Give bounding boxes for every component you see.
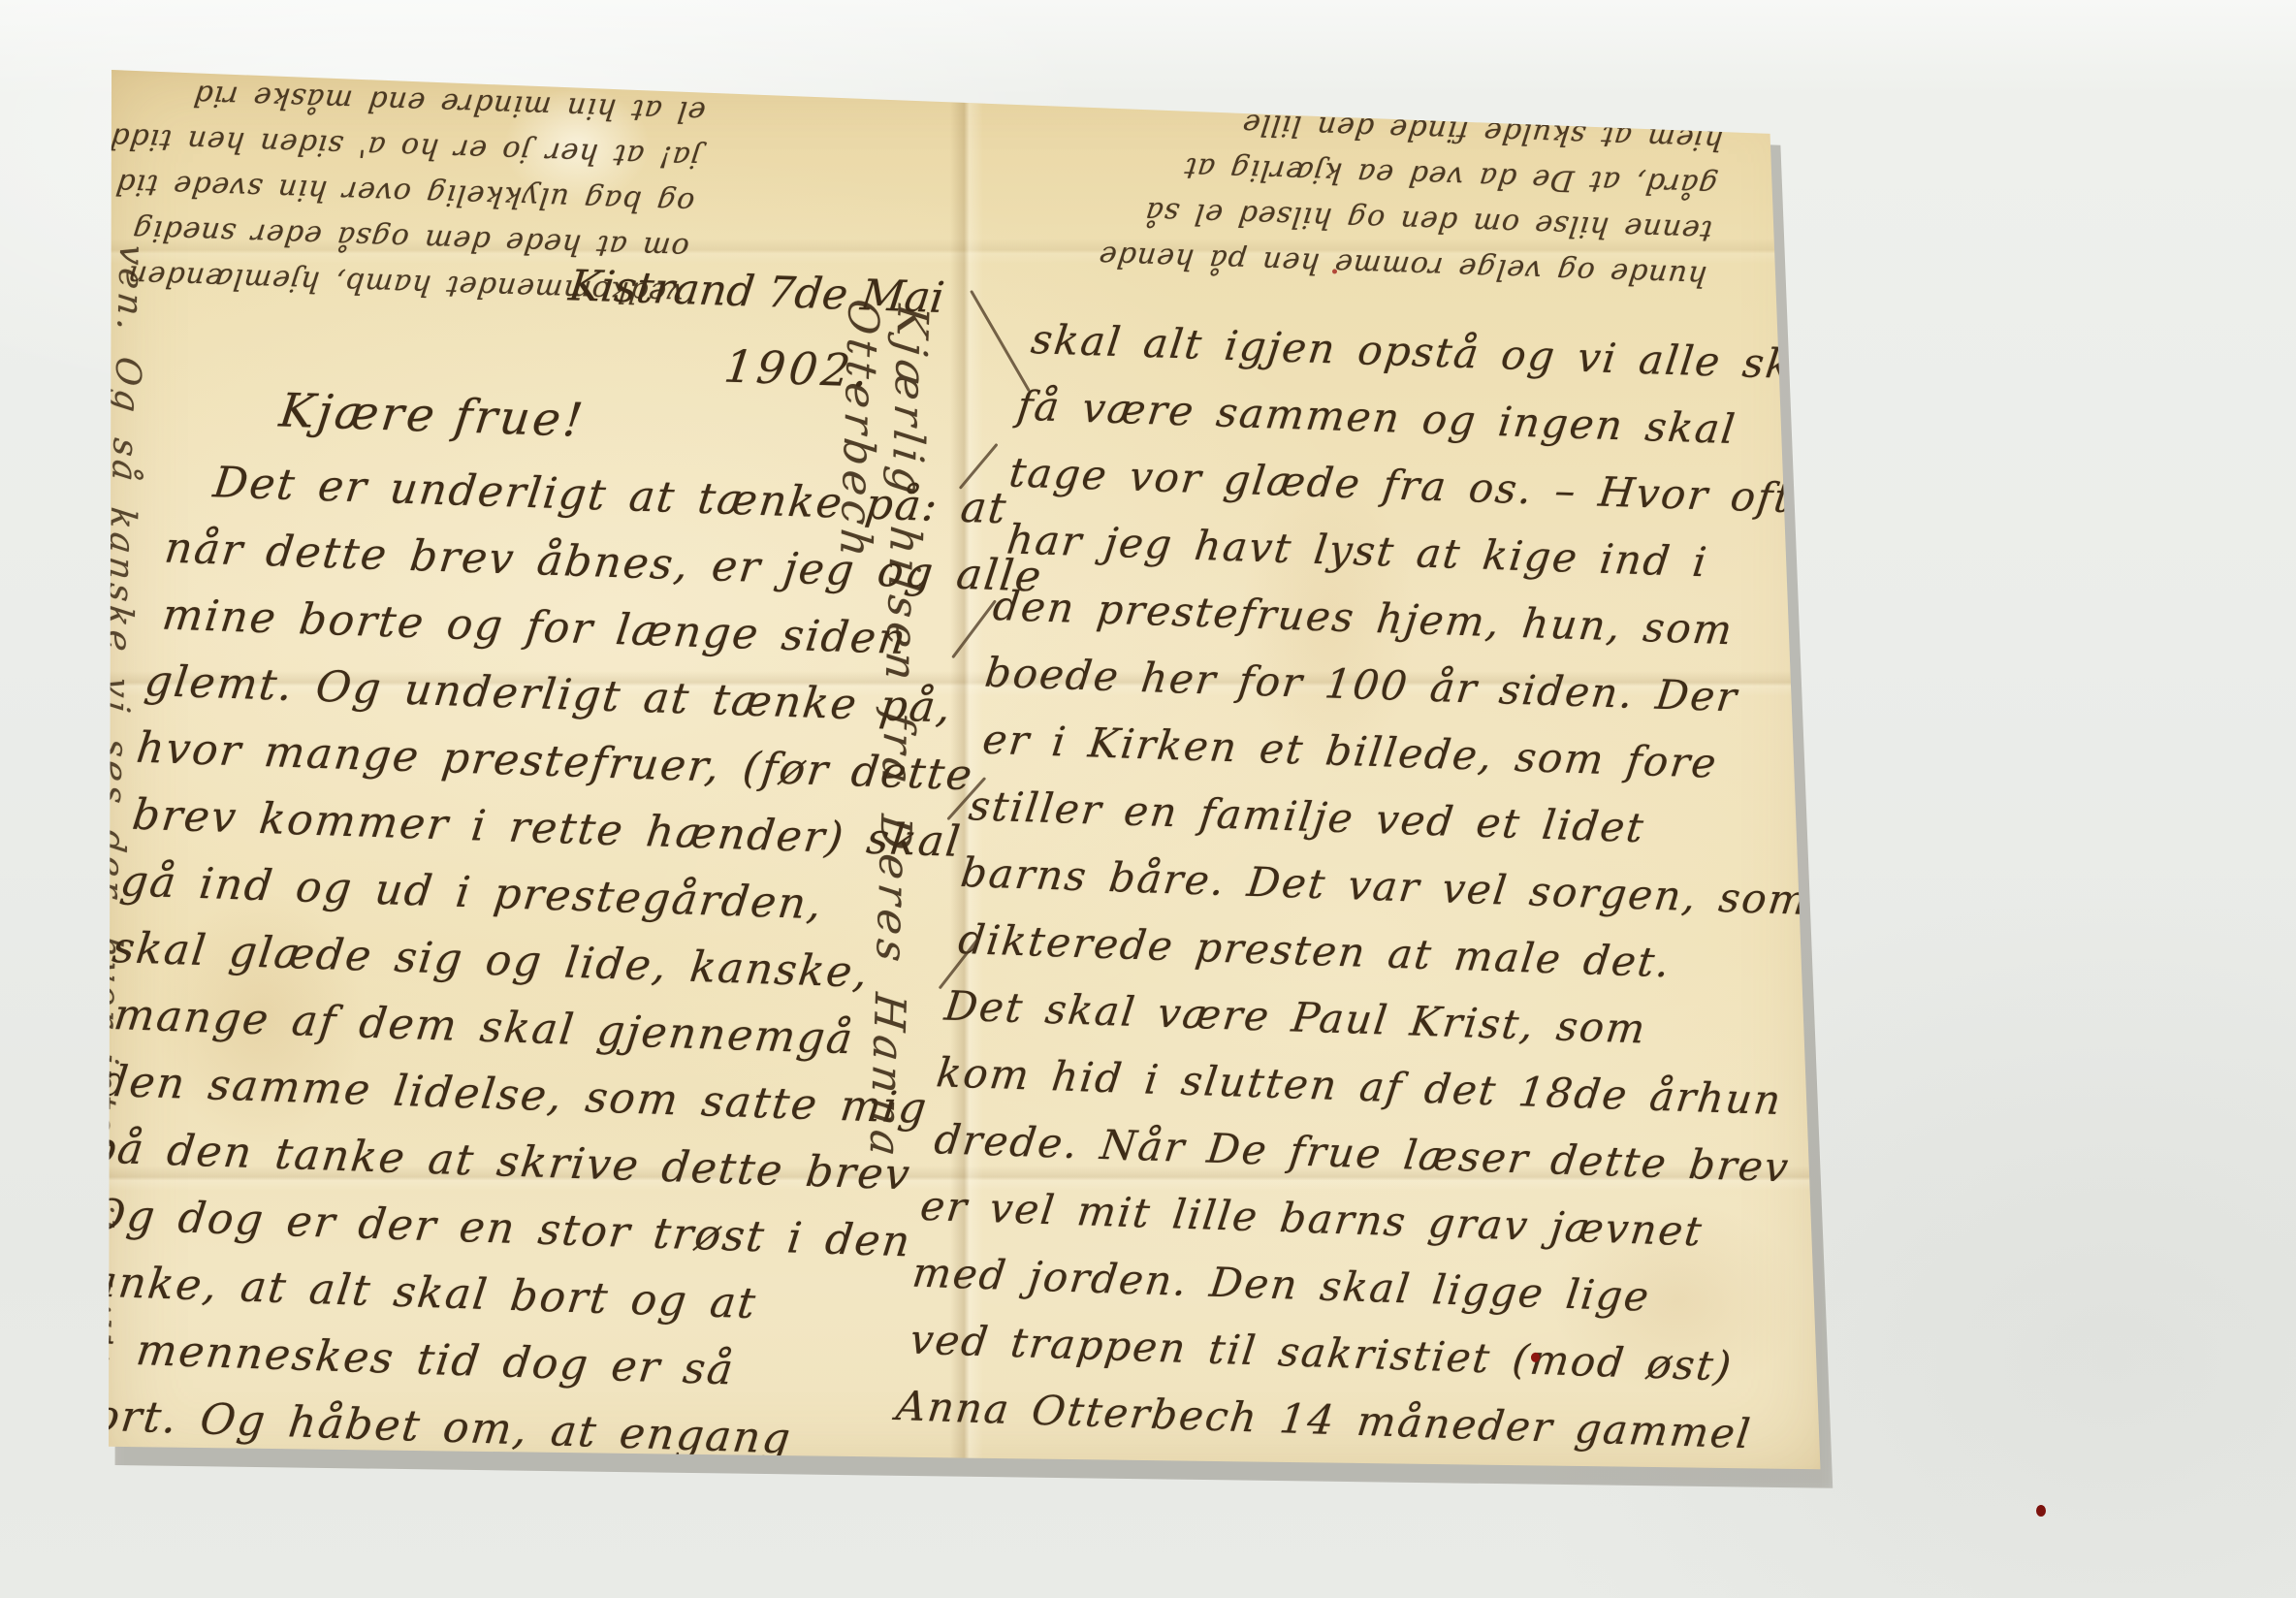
salutation: Kjære frue!	[276, 384, 588, 448]
stray-pen-stroke	[970, 290, 1031, 392]
red-speck-on-background	[2036, 1505, 2046, 1517]
right-page-body: skal alt igjen opstå og vi alle skalfå v…	[893, 305, 1864, 1466]
letter-paper: vedkommendet hamb, hjemlændenom at hede …	[97, 58, 1833, 1484]
letter-content: vedkommendet hamb, hjemlændenom at hede …	[52, 55, 1834, 1538]
